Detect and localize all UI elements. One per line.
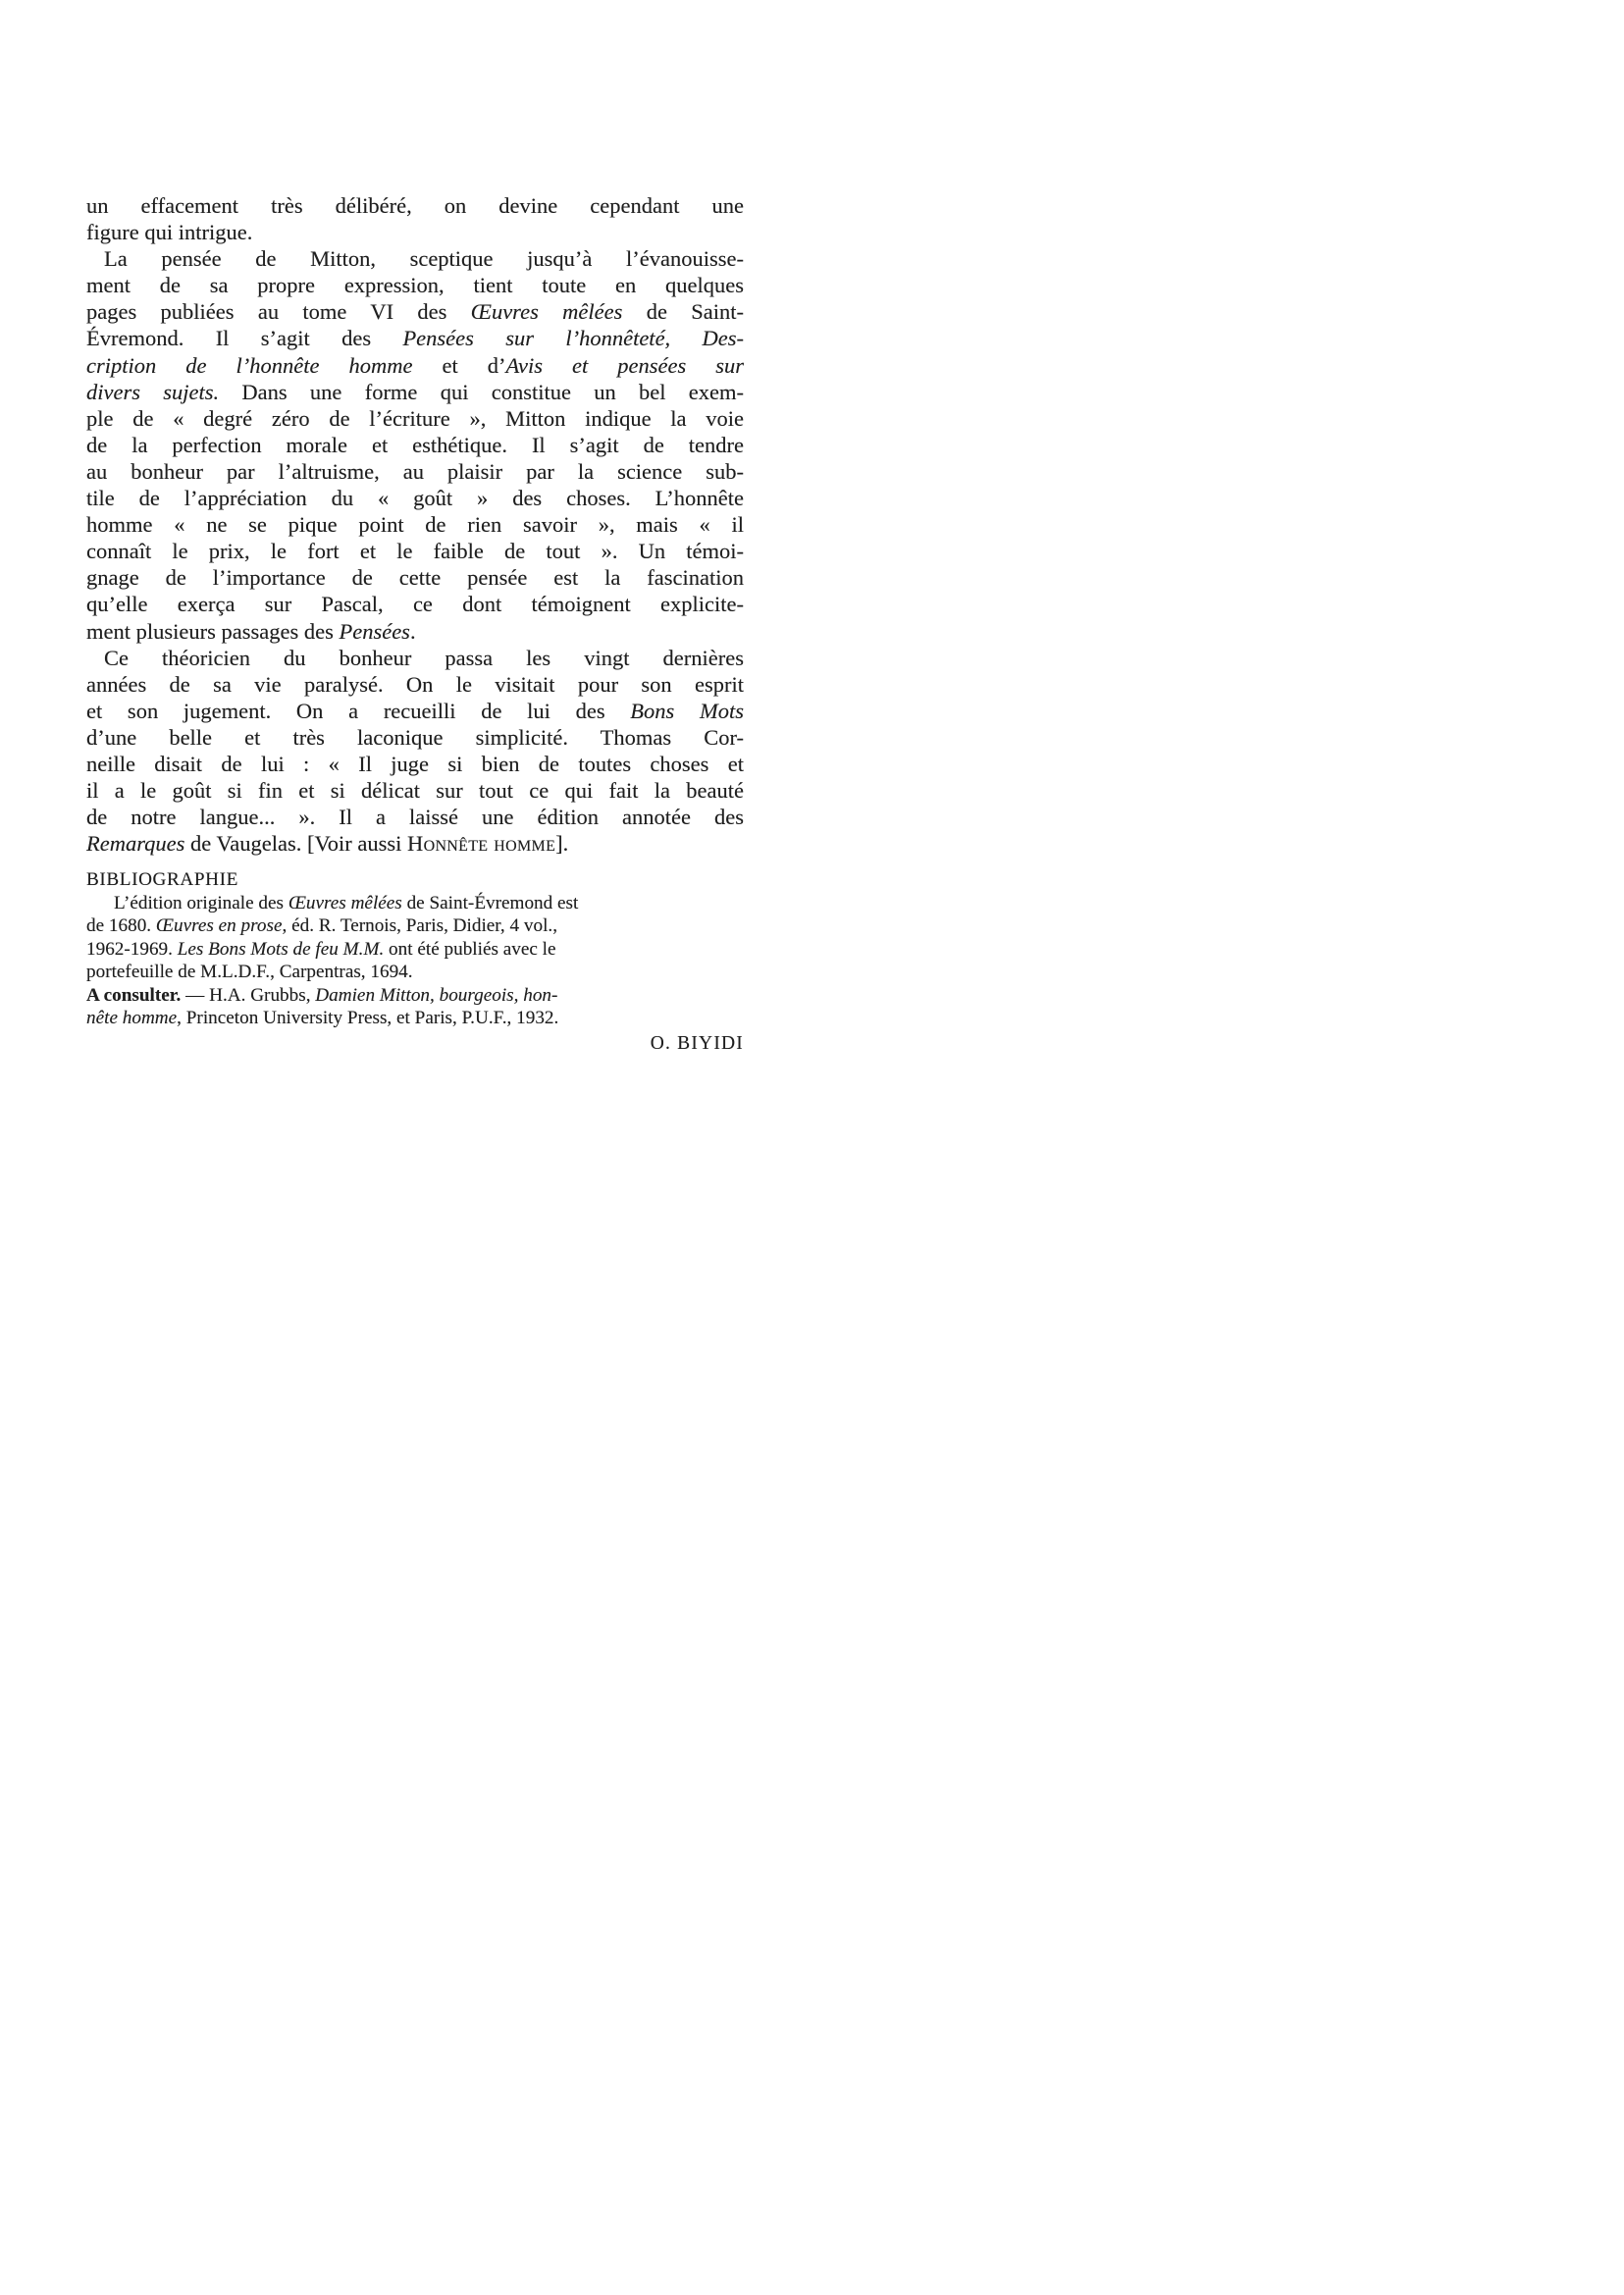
text-segment: Les Bons Mots de feu M.M.: [178, 939, 385, 960]
text-segment: gnage de l’importance de cette pensée es…: [86, 565, 744, 590]
text-segment: Pensées sur l’honnêteté, Des-: [402, 326, 744, 350]
text-line: ment de sa propre expression, tient tout…: [86, 272, 744, 298]
text-segment: , éd. R. Ternois, Paris, Didier, 4 vol.,: [282, 915, 557, 936]
text-segment: 1962-1969.: [86, 939, 178, 960]
text-segment: ont été publiés avec le: [384, 939, 555, 960]
text-segment: de Vaugelas. [Voir aussi: [184, 831, 407, 856]
text-segment: cription de l’honnête homme: [86, 353, 412, 378]
text-segment: Évremond. Il s’agit des: [86, 326, 402, 350]
text-segment: La pensée de Mitton, sceptique jusqu’à l…: [104, 246, 744, 271]
text-segment: de Saint-: [622, 299, 744, 324]
text-segment: Honnête homme: [407, 831, 555, 856]
text-segment: Remarques: [86, 831, 184, 856]
text-line: neille disait de lui : « Il juge si bien…: [86, 751, 744, 777]
text-segment: il a le goût si fin et si délicat sur to…: [86, 778, 744, 803]
text-segment: Damien Mitton, bourgeois, hon-: [315, 985, 557, 1006]
text-line: de notre langue... ». Il a laissé une éd…: [86, 804, 744, 830]
text-line: tile de l’appréciation du « goût » des c…: [86, 485, 744, 511]
text-segment: de Saint-Évremond est: [402, 893, 579, 913]
text-line: connaît le prix, le fort et le faible de…: [86, 538, 744, 564]
bibliography-body: L’édition originale des Œuvres mêlées de…: [86, 892, 744, 1030]
bibliography-section: BIBLIOGRAPHIE L’édition originale des Œu…: [86, 868, 744, 1055]
text-segment: de 1680.: [86, 915, 156, 936]
text-segment: Avis et pensées sur: [506, 353, 745, 378]
text-line: cription de l’honnête homme et d’Avis et…: [86, 352, 744, 379]
text-line: pages publiées au tome VI des Œuvres mêl…: [86, 298, 744, 325]
text-segment: Pensées: [339, 619, 409, 644]
paragraph: Ce théoricien du bonheur passa les vingt…: [86, 645, 744, 858]
text-line: L’édition originale des Œuvres mêlées de…: [86, 892, 744, 915]
text-segment: L’édition originale des: [114, 893, 288, 913]
text-line: qu’elle exerça sur Pascal, ce dont témoi…: [86, 591, 744, 617]
text-line: figure qui intrigue.: [86, 219, 744, 245]
text-line: Ce théoricien du bonheur passa les vingt…: [86, 645, 744, 671]
text-segment: nête homme: [86, 1008, 177, 1028]
text-line: nête homme, Princeton University Press, …: [86, 1007, 744, 1030]
text-segment: années de sa vie paralysé. On le visitai…: [86, 672, 744, 697]
text-line: Remarques de Vaugelas. [Voir aussi Honnê…: [86, 830, 744, 857]
text-segment: portefeuille de M.L.D.F., Carpentras, 16…: [86, 962, 413, 982]
text-line: au bonheur par l’altruisme, au plaisir p…: [86, 458, 744, 485]
text-line: années de sa vie paralysé. On le visitai…: [86, 671, 744, 698]
text-segment: un effacement très délibéré, on devine c…: [86, 193, 744, 218]
text-segment: au bonheur par l’altruisme, au plaisir p…: [86, 459, 744, 484]
author-signature: O. BIYIDI: [86, 1032, 744, 1056]
scanned-page: un effacement très délibéré, on devine c…: [0, 0, 1624, 2295]
text-segment: pages publiées au tome VI des: [86, 299, 471, 324]
text-segment: divers sujets.: [86, 380, 219, 404]
article-body: un effacement très délibéré, on devine c…: [86, 192, 744, 857]
paragraph: un effacement très délibéré, on devine c…: [86, 192, 744, 245]
text-segment: , Princeton University Press, et Paris, …: [177, 1008, 558, 1028]
text-segment: tile de l’appréciation du « goût » des c…: [86, 486, 744, 510]
text-line: A consulter. — H.A. Grubbs, Damien Mitto…: [86, 984, 744, 1008]
text-segment: qu’elle exerça sur Pascal, ce dont témoi…: [86, 592, 744, 616]
text-line: gnage de l’importance de cette pensée es…: [86, 564, 744, 591]
text-line: ment plusieurs passages des Pensées.: [86, 618, 744, 645]
text-segment: Œuvres mêlées: [288, 893, 402, 913]
text-line: de la perfection morale et esthétique. I…: [86, 432, 744, 458]
text-line: et son jugement. On a recueilli de lui d…: [86, 698, 744, 724]
text-segment: Œuvres en prose: [156, 915, 283, 936]
paragraph: L’édition originale des Œuvres mêlées de…: [86, 892, 744, 984]
text-segment: Œuvres mêlées: [471, 299, 623, 324]
text-line: ple de « degré zéro de l’écriture », Mit…: [86, 405, 744, 432]
paragraph: A consulter. — H.A. Grubbs, Damien Mitto…: [86, 984, 744, 1030]
text-segment: de notre langue... ». Il a laissé une éd…: [86, 805, 744, 829]
text-segment: figure qui intrigue.: [86, 220, 252, 244]
text-segment: et d’: [412, 353, 505, 378]
text-segment: Ce théoricien du bonheur passa les vingt…: [104, 646, 744, 670]
paragraph: La pensée de Mitton, sceptique jusqu’à l…: [86, 245, 744, 644]
bibliography-heading: BIBLIOGRAPHIE: [86, 868, 744, 892]
text-line: un effacement très délibéré, on devine c…: [86, 192, 744, 219]
text-segment: ple de « degré zéro de l’écriture », Mit…: [86, 406, 744, 431]
text-line: homme « ne se pique point de rien savoir…: [86, 511, 744, 538]
text-segment: de la perfection morale et esthétique. I…: [86, 433, 744, 457]
text-segment: ment plusieurs passages des: [86, 619, 339, 644]
text-segment: Dans une forme qui constitue un bel exem…: [219, 380, 744, 404]
text-line: il a le goût si fin et si délicat sur to…: [86, 777, 744, 804]
text-segment: — H.A. Grubbs,: [181, 985, 315, 1006]
text-line: La pensée de Mitton, sceptique jusqu’à l…: [86, 245, 744, 272]
text-segment: .: [410, 619, 416, 644]
text-line: de 1680. Œuvres en prose, éd. R. Ternois…: [86, 914, 744, 938]
article-column: un effacement très délibéré, on devine c…: [86, 192, 744, 1055]
text-segment: A consulter.: [86, 985, 181, 1006]
text-segment: d’une belle et très laconique simplicité…: [86, 725, 744, 750]
text-line: d’une belle et très laconique simplicité…: [86, 724, 744, 751]
text-line: portefeuille de M.L.D.F., Carpentras, 16…: [86, 961, 744, 984]
text-segment: neille disait de lui : « Il juge si bien…: [86, 752, 744, 776]
text-segment: Bons Mots: [630, 699, 744, 723]
text-segment: et son jugement. On a recueilli de lui d…: [86, 699, 630, 723]
text-segment: ment de sa propre expression, tient tout…: [86, 273, 744, 297]
text-segment: ].: [555, 831, 568, 856]
text-segment: connaît le prix, le fort et le faible de…: [86, 539, 744, 563]
text-line: Évremond. Il s’agit des Pensées sur l’ho…: [86, 325, 744, 351]
text-segment: homme « ne se pique point de rien savoir…: [86, 512, 744, 537]
text-line: 1962-1969. Les Bons Mots de feu M.M. ont…: [86, 938, 744, 962]
text-line: divers sujets. Dans une forme qui consti…: [86, 379, 744, 405]
